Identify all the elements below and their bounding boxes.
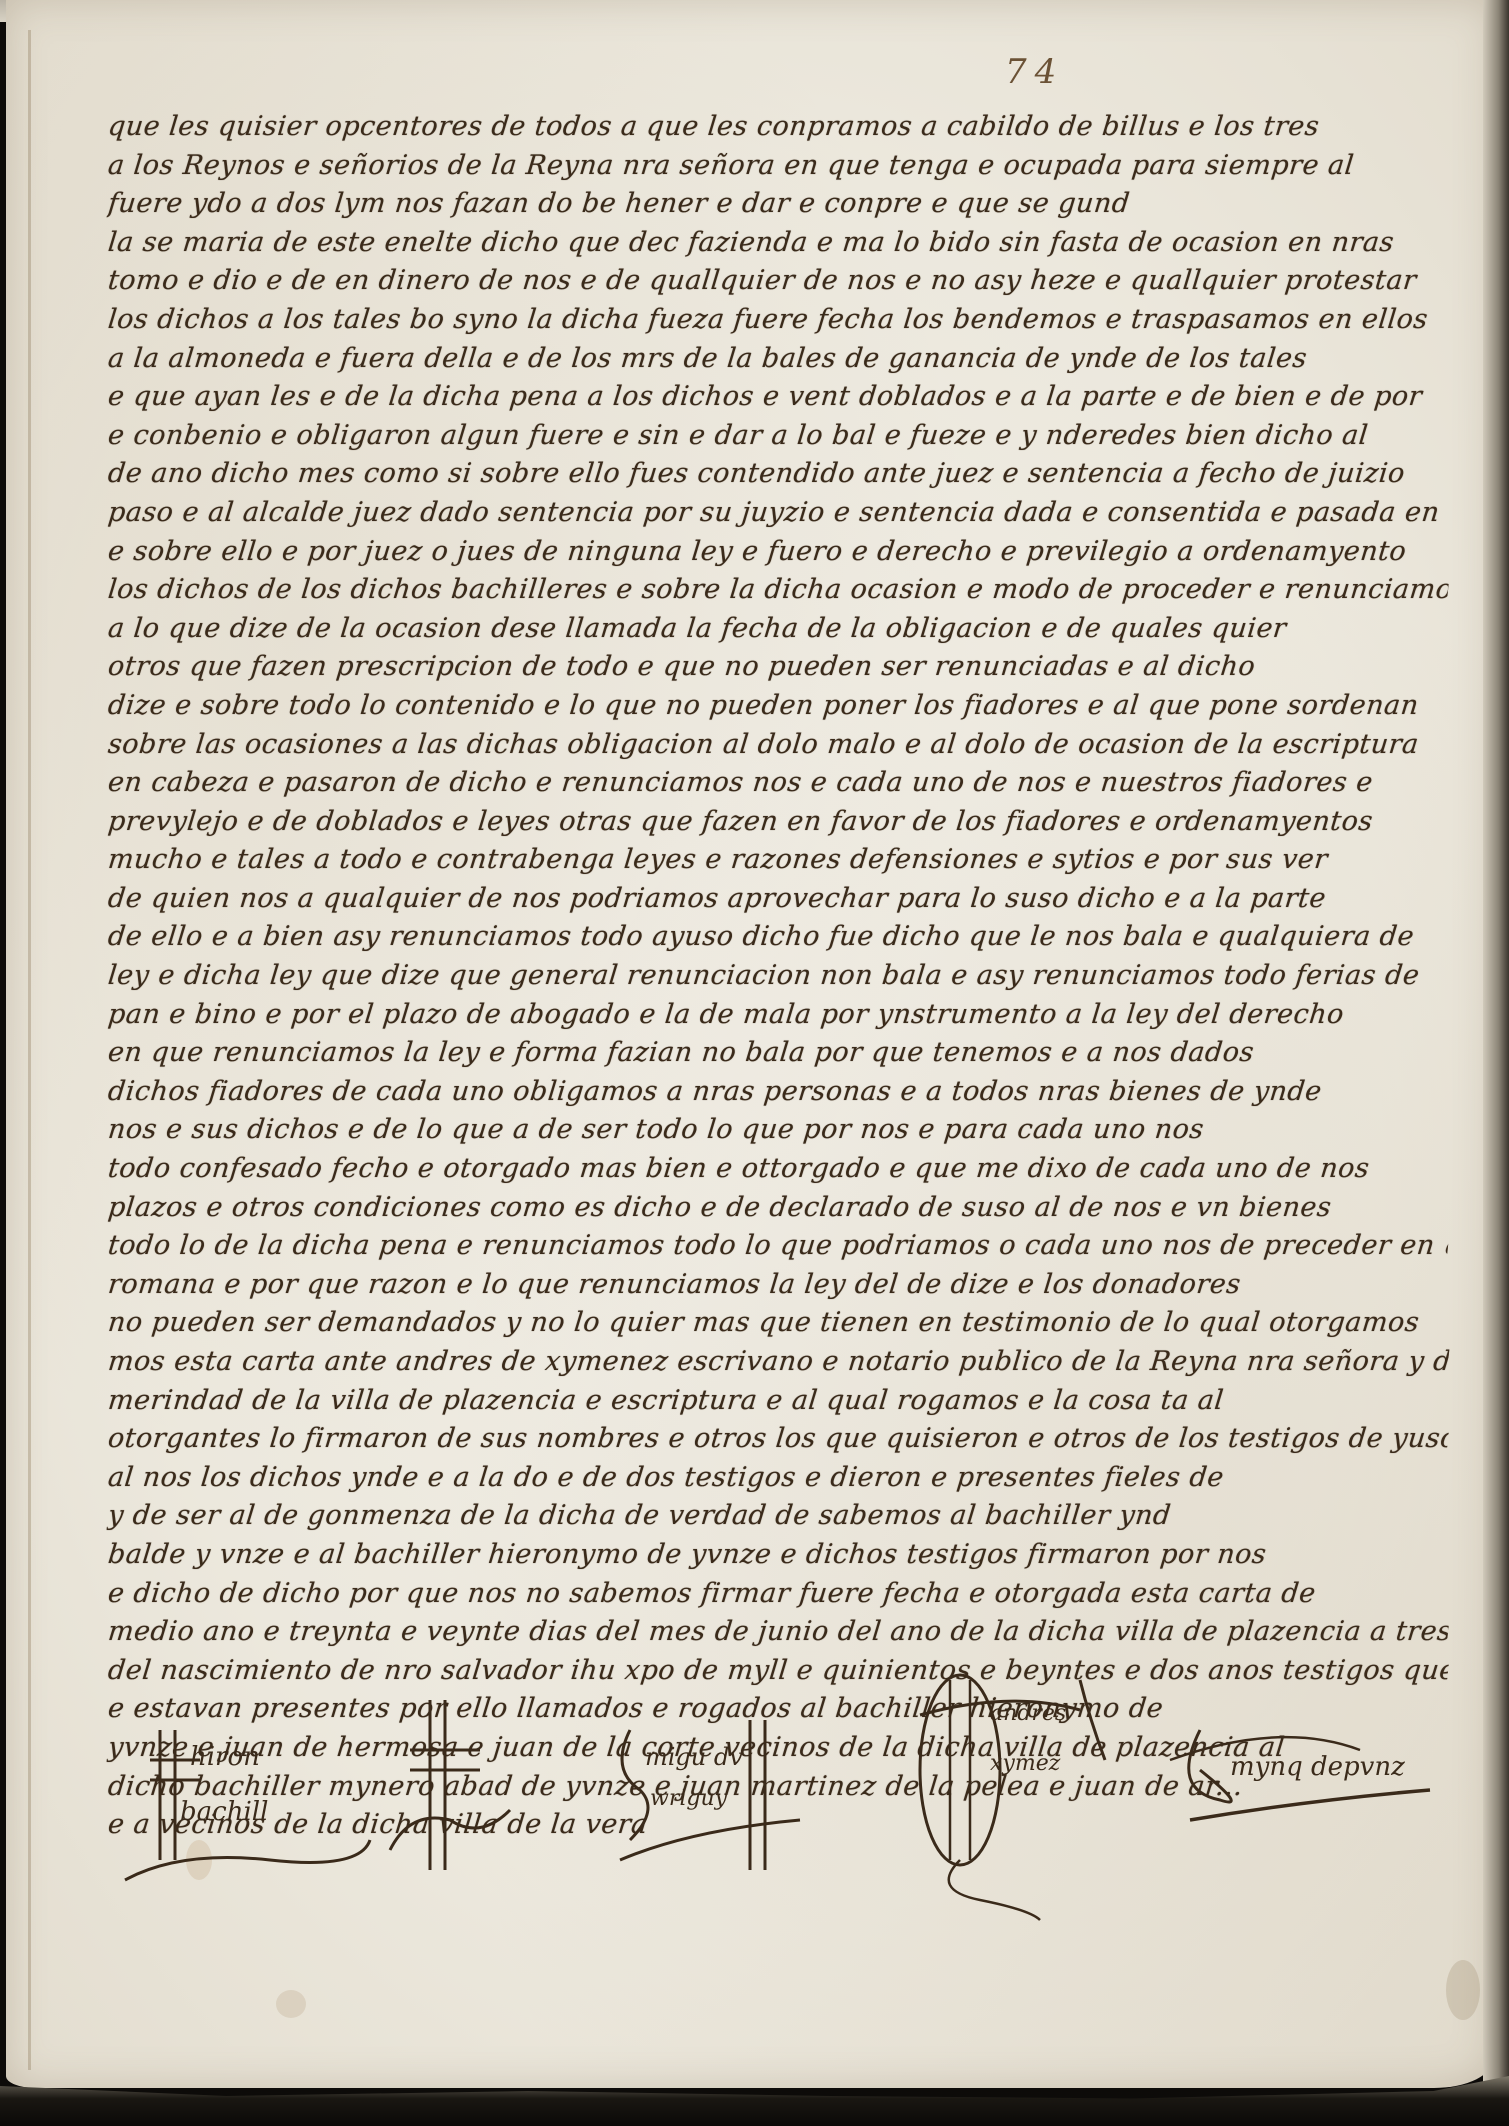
- manuscript-line: e dicho de dicho por que nos no sabemos …: [106, 1575, 1450, 1614]
- manuscript-line: e que ayan les e de la dicha pena a los …: [106, 378, 1450, 417]
- manuscript-line: mos esta carta ante andres de xymenez es…: [106, 1343, 1450, 1382]
- manuscript-line: e conbenio e obligaron algun fuere e sin…: [106, 417, 1450, 456]
- svg-text:xymez: xymez: [990, 1751, 1061, 1776]
- manuscript-line: los dichos de los dichos bachilleres e s…: [106, 571, 1450, 610]
- manuscript-line: en que renunciamos la ley e forma fazian…: [106, 1034, 1450, 1073]
- paper-stain: [276, 1990, 306, 2018]
- signature-flourish-icon: migu dv wriguy: [600, 1710, 830, 1890]
- svg-text:migu dv: migu dv: [645, 1743, 743, 1771]
- manuscript-line: e sobre ello e por juez o jues de ningun…: [106, 533, 1450, 572]
- manuscript-line: plazos e otros condiciones como es dicho…: [106, 1189, 1450, 1228]
- manuscript-line: pan e bino e por el plazo de abogado e l…: [106, 996, 1450, 1035]
- manuscript-line: a la almoneda e fuera della e de los mrs…: [106, 340, 1450, 379]
- manuscript-line: todo lo de la dicha pena e renunciamos t…: [106, 1227, 1450, 1266]
- signature-flourish-icon: mynq depvnz: [1160, 1710, 1460, 1860]
- manuscript-line: merindad de la villa de plazencia e escr…: [106, 1382, 1450, 1421]
- manuscript-line: fuere ydo a dos lym nos fazan do be hene…: [106, 185, 1450, 224]
- page-right-edge: [1483, 0, 1509, 2126]
- svg-text:bachill: bachill: [180, 1797, 268, 1827]
- manuscript-line: y de ser al de gonmenza de la dicha de v…: [106, 1497, 1450, 1536]
- manuscript-line: en cabeza e pasaron de dicho e renunciam…: [106, 764, 1450, 803]
- svg-text:mynq depvnz: mynq depvnz: [1230, 1752, 1405, 1782]
- manuscript-line: a lo que dize de la ocasion dese llamada…: [106, 610, 1450, 649]
- manuscript-line: del nascimiento de nro salvador ihu xpo …: [106, 1652, 1450, 1691]
- manuscript-line: otorgantes lo firmaron de sus nombres e …: [106, 1420, 1450, 1459]
- binding-crease: [28, 30, 31, 2070]
- manuscript-line: que les quisier opcentores de todos a qu…: [106, 108, 1450, 147]
- manuscript-line: paso e al alcalde juez dado sentencia po…: [106, 494, 1450, 533]
- manuscript-line: ley e dicha ley que dize que general ren…: [106, 957, 1450, 996]
- svg-text:wriguy: wriguy: [650, 1786, 728, 1811]
- manuscript-text: que les quisier opcentores de todos a qu…: [108, 108, 1448, 1845]
- manuscript-line: dichos fiadores de cada uno obligamos a …: [106, 1073, 1450, 1112]
- manuscript-line: mucho e tales a todo e contrabenga leyes…: [106, 841, 1450, 880]
- manuscript-line: de ano dicho mes como si sobre ello fues…: [106, 455, 1450, 494]
- folio-number: 74: [1005, 52, 1064, 92]
- manuscript-line: nos e sus dichos e de lo que a de ser to…: [106, 1111, 1450, 1150]
- signature-flourish-icon: hiron bachill: [120, 1720, 380, 1890]
- rubric-icon: [390, 1700, 540, 1890]
- manuscript-line: prevylejo e de doblados e leyes otras qu…: [106, 803, 1450, 842]
- paper-stain: [1446, 1960, 1480, 2020]
- svg-text:andres: andres: [990, 1701, 1066, 1726]
- svg-text:hiron: hiron: [190, 1742, 260, 1772]
- manuscript-line: a los Reynos e señorios de la Reyna nra …: [106, 147, 1450, 186]
- signature-escrivano-signo: andres xymez: [890, 1660, 1150, 1920]
- manuscript-line: de ello e a bien asy renunciamos todo ay…: [106, 918, 1450, 957]
- manuscript-line: otros que fazen prescripcion de todo e q…: [106, 648, 1450, 687]
- manuscript-line: de quien nos a qualquier de nos podriamo…: [106, 880, 1450, 919]
- signature-mynero: mynq depvnz: [1160, 1710, 1460, 1860]
- manuscript-line: no pueden ser demandados y no lo quier m…: [106, 1304, 1450, 1343]
- signature-rubric: [390, 1700, 540, 1890]
- signature-hieronymo: hiron bachill: [120, 1720, 380, 1890]
- manuscript-line: al nos los dichos ynde e a la do e de do…: [106, 1459, 1450, 1498]
- manuscript-line: sobre las ocasiones a las dichas obligac…: [106, 726, 1450, 765]
- manuscript-line: la se maria de este enelte dicho que dec…: [106, 224, 1450, 263]
- signatures-block: hiron bachill migu dv wriguy andres xyme…: [120, 1720, 1460, 1900]
- notary-sign-icon: andres xymez: [890, 1660, 1150, 1920]
- manuscript-line: tomo e dio e de en dinero de nos e de qu…: [106, 262, 1450, 301]
- manuscript-line: medio ano e treynta e veynte dias del me…: [106, 1613, 1450, 1652]
- manuscript-line: los dichos a los tales bo syno la dicha …: [106, 301, 1450, 340]
- manuscript-line: todo confesado fecho e otorgado mas bien…: [106, 1150, 1450, 1189]
- signature-miguel: migu dv wriguy: [600, 1710, 830, 1890]
- manuscript-line: balde y vnze e al bachiller hieronymo de…: [106, 1536, 1450, 1575]
- manuscript-line: dize e sobre todo lo contenido e lo que …: [106, 687, 1450, 726]
- manuscript-line: romana e por que razon e lo que renuncia…: [106, 1266, 1450, 1305]
